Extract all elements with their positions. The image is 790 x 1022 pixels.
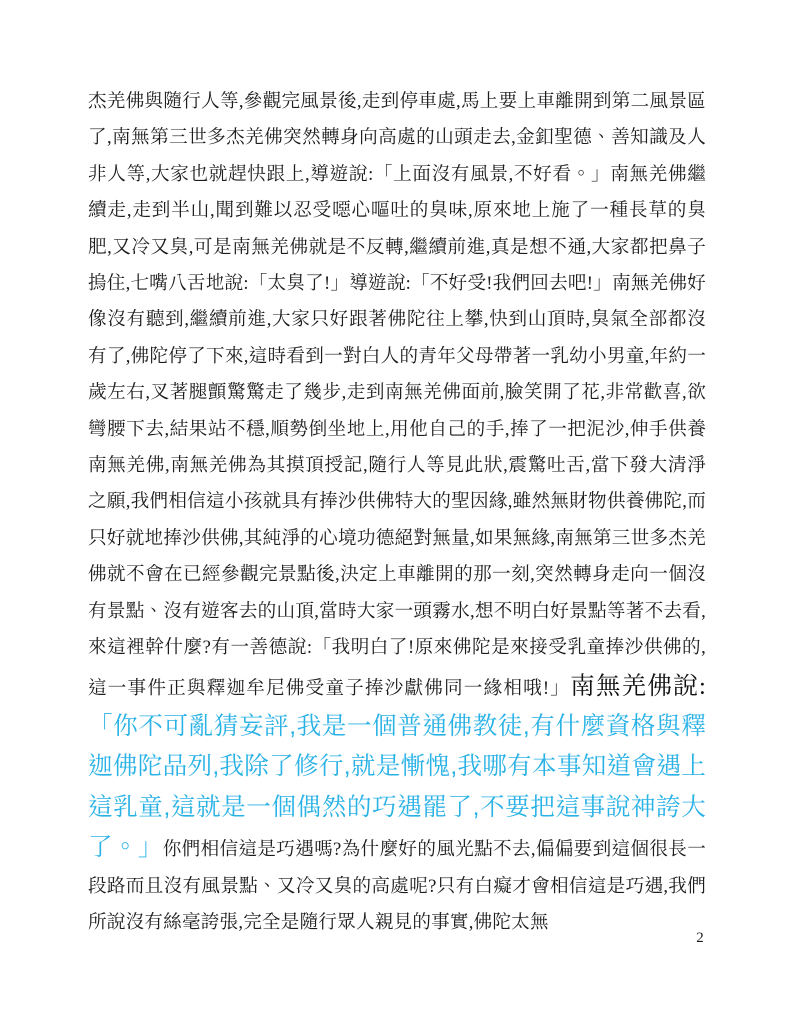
document-paragraph: 杰羌佛與隨行人等,參觀完風景後,走到停車處,馬上要上車離開到第二風景區了,南無第…	[88, 84, 706, 941]
speaker-label: 南無羌佛說:	[570, 673, 706, 700]
page-number: 2	[688, 930, 712, 947]
document-page: 杰羌佛與隨行人等,參觀完風景後,走到停車處,馬上要上車離開到第二風景區了,南無第…	[0, 0, 790, 1022]
narrative-text-part1: 杰羌佛與隨行人等,參觀完風景後,走到停車處,馬上要上車離開到第二風景區了,南無第…	[88, 91, 706, 699]
narrative-text-part2: 你們相信這是巧遇嗎?為什麼好的風光點不去,偏偏要到這個很長一段路而且沒有風景點、…	[88, 839, 706, 933]
